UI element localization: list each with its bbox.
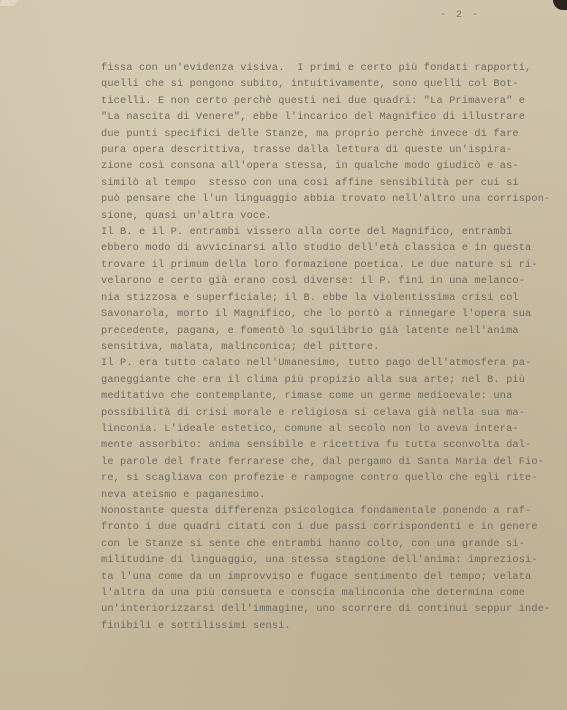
text-line: trovare il primum della loro formazione … — [101, 257, 561, 273]
body-text: fissa con un'evidenza visiva. I primi e … — [101, 60, 561, 634]
text-line: l'altra da una più consueta e conscia ma… — [101, 585, 561, 601]
text-line: le parole del frate ferrarese che, dal p… — [101, 454, 561, 470]
text-line: ticelli. E non certo perchè questi nei d… — [101, 93, 561, 109]
text-line: ganeggiante che era il clima più propizi… — [101, 372, 561, 388]
text-line: Il B. e il P. entrambi vissero alla cort… — [101, 224, 561, 240]
text-line: possibilità di crisi morale e religiosa … — [101, 405, 561, 421]
text-line: due punti specifici delle Stanze, ma pro… — [101, 126, 561, 142]
text-line: precedente, pagana, e fomentò lo squilib… — [101, 323, 561, 339]
text-line: neva ateismo e paganesimo. — [101, 487, 561, 503]
text-line: fronto i due quadri citati con i due pas… — [101, 519, 561, 535]
text-line: militudine di linguaggio, una stessa sta… — [101, 552, 561, 568]
text-line: Nonostante questa differenza psicologica… — [101, 503, 561, 519]
text-line: con le Stanze si sente che entrambi hann… — [101, 536, 561, 552]
text-line: meditativo che contemplante, rimase come… — [101, 388, 561, 404]
typewritten-page: - 2 - fissa con un'evidenza visiva. I pr… — [0, 0, 567, 710]
text-line: un'interiorizzarsi dell'immagine, uno sc… — [101, 601, 561, 617]
paper-corner-shadow — [553, 0, 567, 10]
text-line: Il P. era tutto calato nell'Umanesimo, t… — [101, 355, 561, 371]
text-line: linconia. L'ideale estetico, comune al s… — [101, 421, 561, 437]
text-line: velarono e certo già erano così diverse:… — [101, 273, 561, 289]
text-line: "La nascita di Venere", ebbe l'incarico … — [101, 109, 561, 125]
text-line: sensitiva, malata, malinconica; del pitt… — [101, 339, 561, 355]
text-line: sione, quasi un'altra voce. — [101, 208, 561, 224]
text-line: può pensare che l'un linguaggio abbia tr… — [101, 191, 561, 207]
text-line: re, si scagliava con profezie e rampogne… — [101, 470, 561, 486]
text-line: ebbero modo di avvicinarsi allo studio d… — [101, 240, 561, 256]
text-line: fissa con un'evidenza visiva. I primi e … — [101, 60, 561, 76]
text-line: pura opera descrittiva, trasse dalla let… — [101, 142, 561, 158]
text-line: similò al tempo stesso con una così affi… — [101, 175, 561, 191]
text-line: Savonarola, morto il Magnifico, che lo p… — [101, 306, 561, 322]
text-line: quelli che si pongono subito, intuitivam… — [101, 76, 561, 92]
text-line: zione così consona all'opera stessa, in … — [101, 158, 561, 174]
text-line: mente assorbito: anima sensibile e ricet… — [101, 437, 561, 453]
text-line: finibili e sottilissimi sensi. — [101, 618, 561, 634]
paper-corner-fold — [0, 0, 18, 6]
text-line: nia stizzosa e superficiale; il B. ebbe … — [101, 290, 561, 306]
page-number: - 2 - — [440, 10, 480, 21]
text-line: ta l'una come da un improvviso e fugace … — [101, 569, 561, 585]
